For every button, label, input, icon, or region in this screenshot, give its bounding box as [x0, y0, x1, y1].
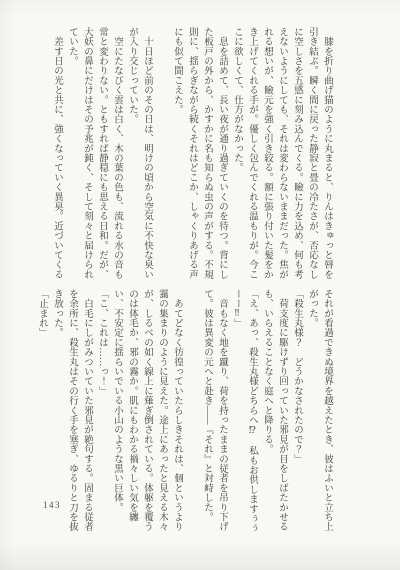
paragraph: 息を詰めて、長い夜が通り過ぎていくのを待つ。背にした板戸の外から、かすかに名も知…	[169, 27, 229, 282]
page-number: 143	[43, 500, 61, 510]
paragraph: 「殺生丸様？ どうかなされたので？」	[289, 289, 304, 537]
paragraph: 膝を折り曲げ猫のように丸まると、りんはきゅっと唇を引き結ぶ。瞬く間に戻った静寂と…	[229, 27, 334, 282]
text-section: 十日ほど前のその日は、明けの頃から空気に不快な臭いが入り交じっていた。 空にたな…	[49, 27, 154, 282]
paragraph: 差す日の光と共に、強くなっていく異臭。近づいてくる	[49, 27, 64, 282]
paragraph: 荷支度に駆けずり回っていた邪見が目をしばたかせるも、いらえることなく庭へと降りる…	[259, 289, 289, 537]
paragraph: 「こ、これは……っ！」	[94, 289, 109, 537]
text-section: 膝を折り曲げ猫のように丸まると、りんはきゅっと唇を引き結ぶ。瞬く間に戻った静寂と…	[169, 27, 334, 282]
paragraph: あてどなく彷徨っていたらしきそれは、個というより靄の集まりのように見えた。途上に…	[109, 289, 184, 537]
book-page: 膝を折り曲げ猫のように丸まると、りんはきゅっと唇を引き結ぶ。瞬く間に戻った静寂と…	[0, 0, 400, 570]
bottom-text-block: それが看過できぬ境界を越えたとき、彼はふいと立ち上がった。「殺生丸様？ どうかな…	[34, 289, 334, 537]
paragraph: 十日ほど前のその日は、明けの頃から空気に不快な臭いが入り交じっていた。	[124, 27, 154, 282]
text-section: それが看過できぬ境界を越えたとき、彼はふいと立ち上がった。「殺生丸様？ どうかな…	[199, 289, 334, 537]
top-text-block: 膝を折り曲げ猫のように丸まると、りんはきゅっと唇を引き結ぶ。瞬く間に戻った静寂と…	[49, 27, 334, 282]
paragraph: 音もなく地を蹴り、荷を持ったままの従者を吊り下げて。彼は異変の元へと赴き――『そ…	[199, 289, 229, 537]
paragraph: 空にたなびく雲は白く、木の葉の色も、流れる水の音も常と変わりない。ともすれば静穏…	[64, 27, 124, 282]
paragraph: それが看過できぬ境界を越えたとき、彼はふいと立ち上がった。	[304, 289, 334, 537]
paragraph: 「え、あっ、殺生丸様どちらへ⁉ 私もお供しますぅぅーー‼」	[229, 289, 259, 537]
